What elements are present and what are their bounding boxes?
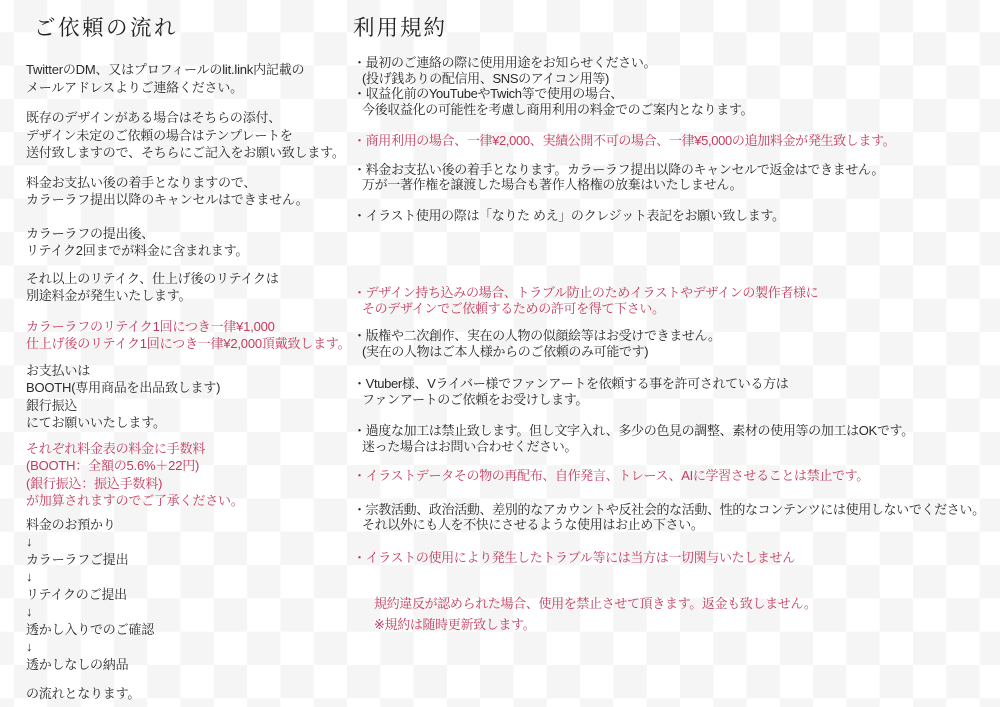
terms-line: ファンアートのご依頼をお受けします。 bbox=[353, 392, 1000, 408]
terms-line: ・イラストの使用により発生したトラブル等には当方は一切関与いたしません bbox=[353, 550, 1000, 566]
terms-line: ※規約は随時更新致します。 bbox=[353, 617, 1000, 633]
terms-line: ・Vtuber様、Vライバー様でファンアートを依頼する事を許可されている方は bbox=[353, 376, 1000, 392]
terms-title: 利用規約 bbox=[353, 12, 1000, 44]
paragraph-line: (BOOTH：全額の5.6%＋22円) bbox=[26, 457, 356, 475]
paragraph-line: カラーラフのリテイク1回につき一律¥1,000 bbox=[26, 318, 356, 336]
terms-line: ・デザイン持ち込みの場合、トラブル防止のためイラストやデザインの製作者様に bbox=[353, 285, 1000, 301]
terms-item-prohibited-actions: ・イラストデータその物の再配布、自作発言、トレース、AIに学習させることは禁止で… bbox=[353, 468, 1000, 484]
terms-item-editing-rules: ・過度な加工は禁止致します。但し文字入れ、多少の色見の調整、素材の使用等の加工は… bbox=[353, 423, 1000, 454]
down-arrow-icon: ↓ bbox=[26, 568, 356, 586]
terms-item-vtuber-fanart: ・Vtuber様、Vライバー様でファンアートを依頼する事を許可されている方は フ… bbox=[353, 376, 1000, 407]
flow-step: リテイクのご提出 bbox=[26, 586, 356, 604]
flow-steps-list: 料金のお預かり ↓ カラーラフご提出 ↓ リテイクのご提出 ↓ 透かし入りでのご… bbox=[26, 516, 356, 674]
paragraph-line: 既存のデザインがある場合はそちらの添付、 bbox=[26, 109, 356, 127]
paragraph-retake-included: カラーラフの提出後、 リテイク2回までが料金に含まれます。 bbox=[26, 225, 356, 260]
terms-section: 利用規約 ・最初のご連絡の際に使用用途をお知らせください。 (投げ銭ありの配信用… bbox=[353, 0, 1000, 632]
terms-item-prohibited-usage: ・宗教活動、政治活動、差別的なアカウントや反社会的な活動、性的なコンテンツには使… bbox=[353, 502, 1000, 533]
down-arrow-icon: ↓ bbox=[26, 533, 356, 551]
paragraph-line: 銀行振込 bbox=[26, 397, 356, 415]
paragraph-contact: TwitterのDM、又はプロフィールのlit.link内記載の メールアドレス… bbox=[26, 61, 356, 96]
paragraph-payment-methods: お支払いは BOOTH(専用商品を出品致します) 銀行振込 にてお願いいたします… bbox=[26, 362, 356, 432]
paragraph-line: リテイク2回までが料金に含まれます。 bbox=[26, 242, 356, 260]
terms-item-credit-notation: ・イラスト使用の際は「なりた めえ」のクレジット表記をお願い致します。 bbox=[353, 208, 1000, 224]
flow-step: 料金のお預かり bbox=[26, 516, 356, 534]
flow-step: 透かしなしの納品 bbox=[26, 656, 356, 674]
paragraph-line: 仕上げ後のリテイク1回につき一律¥2,000頂戴致します。 bbox=[26, 335, 356, 353]
flow-step: カラーラフご提出 bbox=[26, 551, 356, 569]
terms-line: 万が一著作権を譲渡した場合も著作人格権の放棄はいたしません。 bbox=[353, 177, 1000, 193]
terms-item-terms-update: ※規約は随時更新致します。 bbox=[353, 617, 1000, 633]
terms-item-no-refund: ・料金お支払い後の着手となります。カラーラフ提出以降のキャンセルで返金はできませ… bbox=[353, 162, 1000, 193]
request-flow-section: ご依頼の流れ TwitterのDM、又はプロフィールのlit.link内記載の … bbox=[26, 0, 356, 703]
paragraph-line: カラーラフ提出以降のキャンセルはできません。 bbox=[26, 191, 356, 209]
paragraph-retake-fee: カラーラフのリテイク1回につき一律¥1,000 仕上げ後のリテイク1回につき一律… bbox=[26, 318, 356, 353]
down-arrow-icon: ↓ bbox=[26, 638, 356, 656]
flow-step: 透かし入りでのご確認 bbox=[26, 621, 356, 639]
request-flow-title: ご依頼の流れ bbox=[34, 13, 356, 43]
terms-line: ・最初のご連絡の際に使用用途をお知らせください。 bbox=[353, 55, 1000, 71]
terms-line: ・イラスト使用の際は「なりた めえ」のクレジット表記をお願い致します。 bbox=[353, 208, 1000, 224]
terms-line: ・過度な加工は禁止致します。但し文字入れ、多少の色見の調整、素材の使用等の加工は… bbox=[353, 423, 1000, 439]
terms-item-usage-purpose: ・最初のご連絡の際に使用用途をお知らせください。 (投げ銭ありの配信用、SNSの… bbox=[353, 55, 1000, 117]
paragraph-payment-start: 料金お支払い後の着手となりますので、 カラーラフ提出以降のキャンセルはできません… bbox=[26, 174, 356, 209]
paragraph-line: BOOTH(専用商品を出品致します) bbox=[26, 379, 356, 397]
paragraph-line: 送付致しますので、そちらにご記入をお願い致します。 bbox=[26, 144, 356, 162]
paragraph-flow-closing: の流れとなります。 bbox=[26, 685, 356, 703]
terms-line: ・収益化前のYouTubeやTwich等で使用の場合、 bbox=[353, 86, 1000, 102]
terms-line: それ以外にも人を不快にさせるような使用はお止め下さい。 bbox=[353, 517, 1000, 533]
paragraph-line: お支払いは bbox=[26, 362, 356, 380]
paragraph-line: それぞれ料金表の料金に手数料 bbox=[26, 440, 356, 458]
paragraph-line: の流れとなります。 bbox=[26, 685, 356, 703]
terms-line: ・宗教活動、政治活動、差別的なアカウントや反社会的な活動、性的なコンテンツには使… bbox=[353, 502, 1000, 518]
terms-line: ・イラストデータその物の再配布、自作発言、トレース、AIに学習させることは禁止で… bbox=[353, 468, 1000, 484]
paragraph-line: 別途料金が発生いたします。 bbox=[26, 287, 356, 305]
paragraph-design-template: 既存のデザインがある場合はそちらの添付、 デザイン未定のご依頼の場合はテンプレー… bbox=[26, 109, 356, 162]
terms-item-copyright-restrictions: ・版権や二次創作、実在の人物の似顔絵等はお受けできません。 (実在の人物はご本人… bbox=[353, 328, 1000, 359]
terms-item-commercial-fee: ・商用利用の場合、一律¥2,000、実績公開不可の場合、一律¥5,000の追加料… bbox=[353, 133, 1000, 149]
terms-line: 今後収益化の可能性を考慮し商用利用の料金でのご案内となります。 bbox=[353, 102, 1000, 118]
terms-line: ・料金お支払い後の着手となります。カラーラフ提出以降のキャンセルで返金はできませ… bbox=[353, 162, 1000, 178]
paragraph-fee-notice: それぞれ料金表の料金に手数料 (BOOTH：全額の5.6%＋22円) (銀行振込… bbox=[26, 440, 356, 510]
terms-line: 規約違反が認められた場合、使用を禁止させて頂きます。返金も致しません。 bbox=[353, 596, 1000, 612]
terms-item-violation-notice: 規約違反が認められた場合、使用を禁止させて頂きます。返金も致しません。 bbox=[353, 596, 1000, 612]
terms-line: ・版権や二次創作、実在の人物の似顔絵等はお受けできません。 bbox=[353, 328, 1000, 344]
paragraph-line: カラーラフの提出後、 bbox=[26, 225, 356, 243]
paragraph-extra-retake: それ以上のリテイク、仕上げ後のリテイクは 別途料金が発生いたします。 bbox=[26, 270, 356, 305]
paragraph-line: 料金お支払い後の着手となりますので、 bbox=[26, 174, 356, 192]
terms-document-page: ご依頼の流れ TwitterのDM、又はプロフィールのlit.link内記載の … bbox=[0, 0, 1000, 707]
terms-item-design-permission: ・デザイン持ち込みの場合、トラブル防止のためイラストやデザインの製作者様に その… bbox=[353, 285, 1000, 316]
terms-item-no-liability: ・イラストの使用により発生したトラブル等には当方は一切関与いたしません bbox=[353, 550, 1000, 566]
paragraph-line: メールアドレスよりご連絡ください。 bbox=[26, 79, 356, 97]
terms-line: そのデザインでご依頼するための許可を得て下さい。 bbox=[353, 301, 1000, 317]
paragraph-line: デザイン未定のご依頼の場合はテンプレートを bbox=[26, 127, 356, 145]
terms-line: 迷った場合はお問い合わせください。 bbox=[353, 439, 1000, 455]
down-arrow-icon: ↓ bbox=[26, 603, 356, 621]
paragraph-line: が加算されますのでご了承ください。 bbox=[26, 492, 356, 510]
paragraph-line: (銀行振込：振込手数料) bbox=[26, 475, 356, 493]
paragraph-line: TwitterのDM、又はプロフィールのlit.link内記載の bbox=[26, 61, 356, 79]
paragraph-line: それ以上のリテイク、仕上げ後のリテイクは bbox=[26, 270, 356, 288]
terms-line: (投げ銭ありの配信用、SNSのアイコン用等) bbox=[353, 71, 1000, 87]
terms-line: ・商用利用の場合、一律¥2,000、実績公開不可の場合、一律¥5,000の追加料… bbox=[353, 133, 1000, 149]
terms-line: (実在の人物はご本人様からのご依頼のみ可能です) bbox=[353, 344, 1000, 360]
paragraph-line: にてお願いいたします。 bbox=[26, 414, 356, 432]
